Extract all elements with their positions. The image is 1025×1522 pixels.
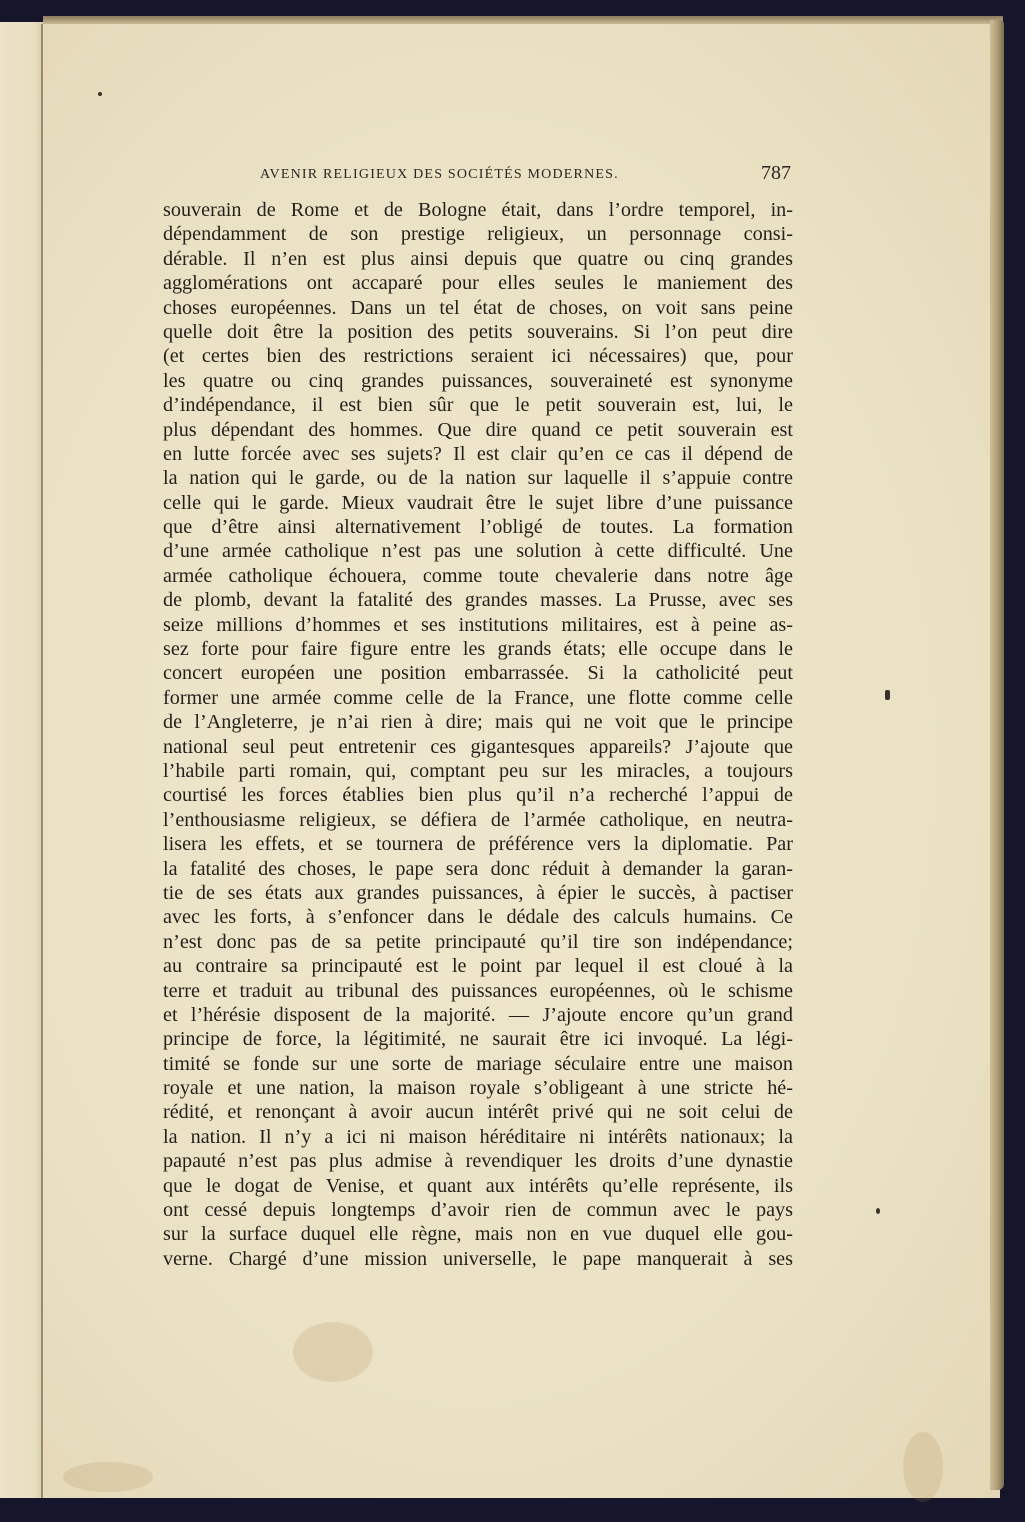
- foxing-stain: [293, 1322, 373, 1382]
- text-line: de plomb, devant la fatalité des grandes…: [163, 588, 793, 612]
- text-line: dérable. Il n’en est plus ainsi depuis q…: [163, 247, 793, 271]
- text-line: tie de ses états aux grandes puissances,…: [163, 881, 793, 905]
- ink-speck: [98, 92, 102, 96]
- facing-page-edge: [0, 22, 43, 1498]
- ink-speck: [885, 690, 890, 700]
- text-line: que le dogat de Venise, et quant aux int…: [163, 1174, 793, 1198]
- text-line: d’une armée catholique n’est pas une sol…: [163, 539, 793, 563]
- text-line: papauté n’est pas plus admise à revendiq…: [163, 1149, 793, 1173]
- text-line: les quatre ou cinq grandes puissances, s…: [163, 369, 793, 393]
- text-line: quelle doit être la position des petits …: [163, 320, 793, 344]
- text-line: royale et une nation, la maison royale s…: [163, 1076, 793, 1100]
- text-line: plus dépendant des hommes. Que dire quan…: [163, 418, 793, 442]
- running-header: AVENIR RELIGIEUX DES SOCIÉTÉS MODERNES. …: [163, 160, 793, 190]
- text-line: l’enthousiasme religieux, se défiera de …: [163, 808, 793, 832]
- gutter-line: [41, 24, 43, 1498]
- text-line: (et certes bien des restrictions seraien…: [163, 344, 793, 368]
- text-line: former une armée comme celle de la Franc…: [163, 686, 793, 710]
- text-line: avec les forts, à s’enfoncer dans le déd…: [163, 905, 793, 929]
- text-line: en lutte forcée avec ses sujets? Il est …: [163, 442, 793, 466]
- text-line: lisera les effets, et se tournera de pré…: [163, 832, 793, 856]
- text-line: sez forte pour faire figure entre les gr…: [163, 637, 793, 661]
- text-line: ont cessé depuis longtemps d’avoir rien …: [163, 1198, 793, 1222]
- text-line: armée catholique échouera, comme toute c…: [163, 564, 793, 588]
- text-line: la nation qui le garde, ou de la nation …: [163, 466, 793, 490]
- text-line: l’habile parti romain, qui, comptant peu…: [163, 759, 793, 783]
- running-title: AVENIR RELIGIEUX DES SOCIÉTÉS MODERNES.: [260, 167, 619, 183]
- text-line: choses européennes. Dans un tel état de …: [163, 296, 793, 320]
- text-line: dépendamment de son prestige religieux, …: [163, 222, 793, 246]
- text-line: seize millions d’hommes et ses instituti…: [163, 613, 793, 637]
- text-line: verne. Chargé d’une mission universelle,…: [163, 1247, 793, 1271]
- foxing-stain: [63, 1462, 153, 1492]
- body-text: souverain de Rome et de Bologne était, d…: [163, 198, 793, 1271]
- text-line: d’indépendance, il est bien sûr que le p…: [163, 393, 793, 417]
- page-top-edge: [43, 16, 1003, 24]
- foxing-stain: [903, 1432, 943, 1502]
- text-line: principe de force, la légitimité, ne sau…: [163, 1027, 793, 1051]
- page-number: 787: [761, 162, 791, 185]
- text-line: agglomérations ont accaparé pour elles s…: [163, 271, 793, 295]
- text-line: national seul peut entretenir ces gigant…: [163, 735, 793, 759]
- page-right-edge: [990, 20, 1004, 1490]
- text-line: la fatalité des choses, le pape sera don…: [163, 857, 793, 881]
- text-line: que d’être ainsi alternativement l’oblig…: [163, 515, 793, 539]
- text-line: la nation. Il n’y a ici ni maison hérédi…: [163, 1125, 793, 1149]
- text-line: celle qui le garde. Mieux vaudrait être …: [163, 491, 793, 515]
- text-line: n’est donc pas de sa petite principauté …: [163, 930, 793, 954]
- text-line: timité se fonde sur une sorte de mariage…: [163, 1052, 793, 1076]
- text-line: et l’hérésie disposent de la majorité. —…: [163, 1003, 793, 1027]
- text-line: au contraire sa principauté est le point…: [163, 954, 793, 978]
- text-line: rédité, et renonçant à avoir aucun intér…: [163, 1100, 793, 1124]
- text-line: courtisé les forces établies bien plus q…: [163, 783, 793, 807]
- text-line: terre et traduit au tribunal des puissan…: [163, 979, 793, 1003]
- ink-speck: [876, 1208, 880, 1214]
- text-line: concert européen une position embarrassé…: [163, 661, 793, 685]
- text-line: souverain de Rome et de Bologne était, d…: [163, 198, 793, 222]
- text-line: de l’Angleterre, je n’ai rien à dire; ma…: [163, 710, 793, 734]
- text-line: sur la surface duquel elle règne, mais n…: [163, 1222, 793, 1246]
